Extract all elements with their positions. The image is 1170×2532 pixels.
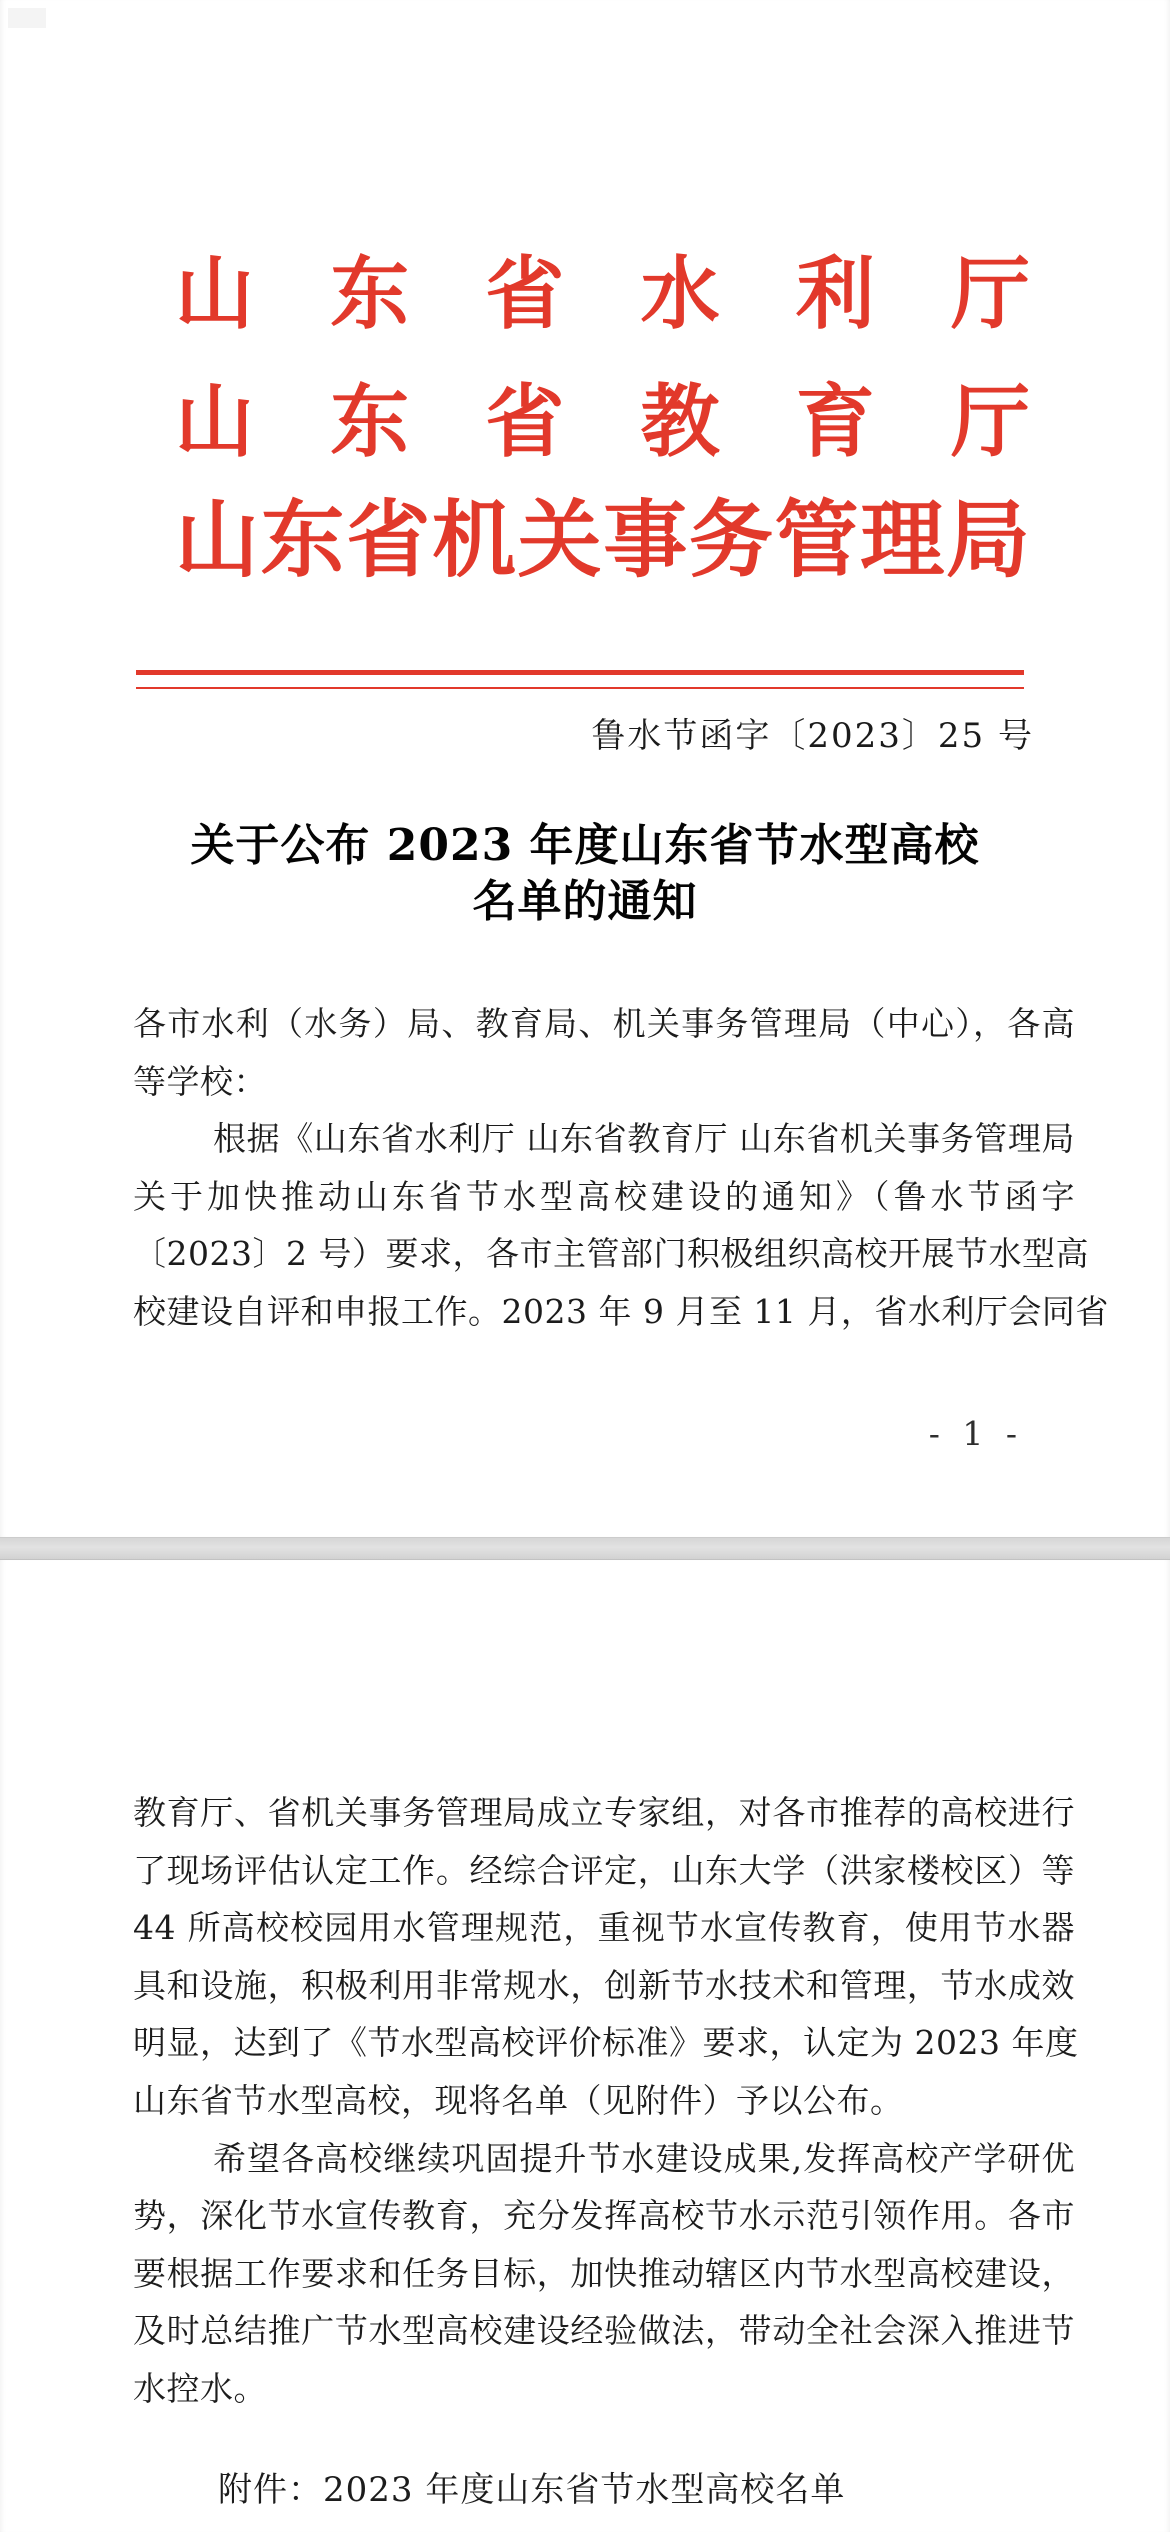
page-1: 山东省水利厅 山东省教育厅 山东省机关事务管理局 鲁水节函字〔2023〕25 号… [0, 0, 1170, 1537]
agency-header-line-2: 山东省教育厅 [175, 382, 1030, 461]
page-gap [0, 1537, 1170, 1560]
page-2: 教育厅、省机关事务管理局成立专家组，对各市推荐的高校进行 了现场评估认定工作。经… [0, 1560, 1170, 2532]
attachment-line: 附件：2023 年度山东省节水型高校名单 [133, 2462, 845, 2519]
body-line: 具和设施，积极利用非常规水，创新节水技术和管理，节水成效 [133, 1957, 1075, 2015]
agency-header-line-3: 山东省机关事务管理局 [175, 498, 1030, 582]
body-line: 明显，达到了《节水型高校评价标准》要求，认定为 2023 年度 [133, 2014, 1075, 2072]
body-line: 等学校： [133, 1053, 1075, 1111]
page-number: - 1 - [929, 1414, 1023, 1453]
notice-title-line-2: 名单的通知 [0, 874, 1170, 930]
body-paragraphs-page-1: 各市水利（水务）局、教育局、机关事务管理局（中心），各高 等学校： 根据《山东省… [133, 995, 1075, 1341]
notice-title-line-1: 关于公布 2023 年度山东省节水型高校 [0, 818, 1170, 874]
red-separator-thick [136, 670, 1024, 675]
scan-artifact [8, 8, 46, 28]
body-line: 了现场评估认定工作。经综合评定，山东大学（洪家楼校区）等 [133, 1842, 1075, 1900]
document-viewer[interactable]: 山东省水利厅 山东省教育厅 山东省机关事务管理局 鲁水节函字〔2023〕25 号… [0, 0, 1170, 2532]
body-line: 教育厅、省机关事务管理局成立专家组，对各市推荐的高校进行 [133, 1784, 1075, 1842]
body-line: 〔2023〕2 号）要求，各市主管部门积极组织高校开展节水型高 [133, 1225, 1075, 1283]
body-line: 要根据工作要求和任务目标，加快推动辖区内节水型高校建设， [133, 2245, 1075, 2303]
body-line: 各市水利（水务）局、教育局、机关事务管理局（中心），各高 [133, 995, 1075, 1053]
body-line: 关于加快推动山东省节水型高校建设的通知》（鲁水节函字 [133, 1168, 1075, 1226]
notice-title: 关于公布 2023 年度山东省节水型高校 名单的通知 [0, 818, 1170, 930]
body-line: 山东省节水型高校，现将名单（见附件）予以公布。 [133, 2072, 1075, 2130]
body-line: 根据《山东省水利厅 山东省教育厅 山东省机关事务管理局 [133, 1110, 1075, 1168]
body-line: 水控水。 [133, 2360, 1075, 2418]
body-paragraphs-page-2: 教育厅、省机关事务管理局成立专家组，对各市推荐的高校进行 了现场评估认定工作。经… [133, 1784, 1075, 2418]
agency-header-line-1: 山东省水利厅 [175, 254, 1030, 333]
body-line: 校建设自评和申报工作。2023 年 9 月至 11 月，省水利厅会同省 [133, 1283, 1075, 1341]
body-line: 希望各高校继续巩固提升节水建设成果,发挥高校产学研优 [133, 2130, 1075, 2188]
document-number: 鲁水节函字〔2023〕25 号 [591, 708, 1034, 757]
red-separator-thin [136, 687, 1024, 689]
body-line: 44 所高校校园用水管理规范，重视节水宣传教育，使用节水器 [133, 1899, 1075, 1957]
body-line: 势，深化节水宣传教育，充分发挥高校节水示范引领作用。各市 [133, 2187, 1075, 2245]
body-line: 及时总结推广节水型高校建设经验做法，带动全社会深入推进节 [133, 2302, 1075, 2360]
